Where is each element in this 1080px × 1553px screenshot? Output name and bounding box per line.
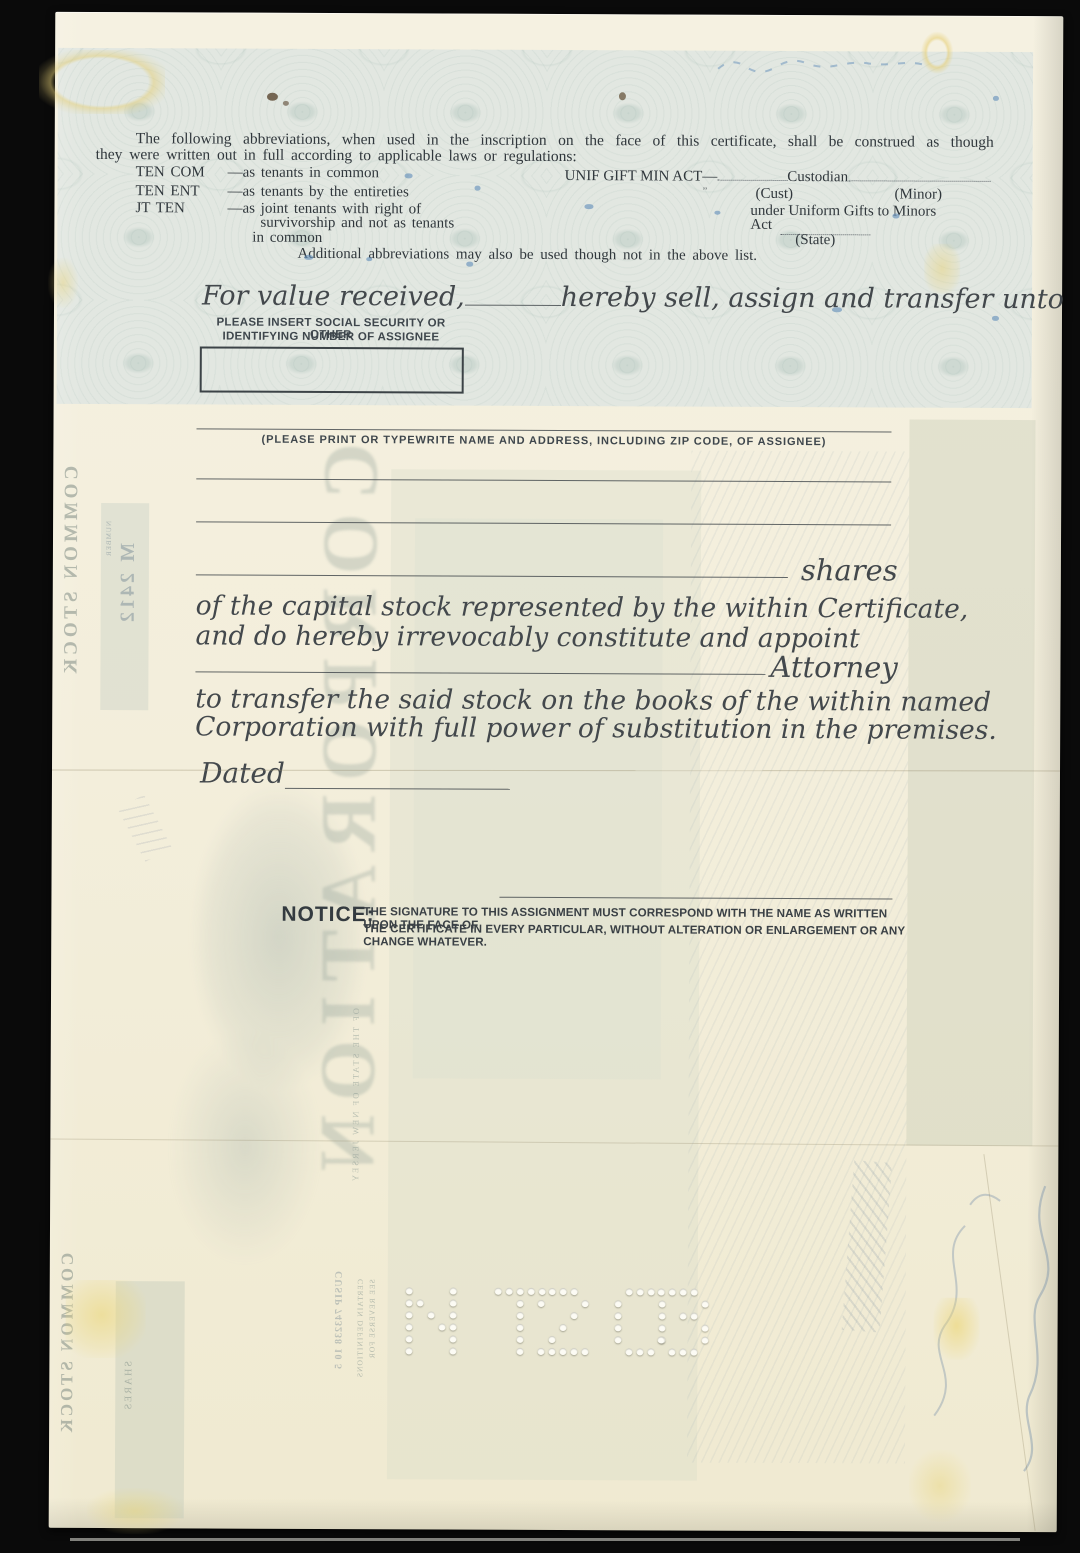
ink-fleck: [993, 96, 999, 101]
abbrev-ten-ent: TEN ENT—as tenants by the entireties: [135, 183, 408, 201]
abbrev-ten-ent-term: TEN ENT: [135, 183, 227, 200]
ssn-entry-box: [200, 346, 464, 393]
notice-divider-line: [499, 897, 892, 900]
ghost-see-reverse-line1: SEE REVERSE FOR: [367, 1279, 377, 1439]
stain: [65, 1280, 145, 1358]
gift-cust-label: (Cust): [755, 186, 793, 203]
gift-state-label: (State): [795, 232, 835, 249]
ink-fleck: [992, 316, 999, 321]
ghost-cusip-line: CUSIP 743238 10 5: [333, 1271, 345, 1476]
dotted-leader: [717, 167, 787, 181]
abbrev-ten-com-term: TEN COM: [136, 164, 228, 181]
assignee-line-2: [196, 478, 891, 482]
ink-fleck: [466, 262, 473, 267]
ghost-right-border-band: [906, 420, 1035, 1147]
dated-label: Dated: [200, 756, 285, 789]
attorney-word: Attorney: [770, 650, 897, 685]
ink-fleck: [892, 213, 899, 218]
ghost-handwriting: [844, 1165, 1080, 1496]
transfer-books-line2: Corporation with full power of substitut…: [195, 711, 997, 745]
stain: [933, 1298, 979, 1360]
notice-text-line2: THE CERTIFICATE IN EVERY PARTICULAR, WIT…: [363, 922, 908, 950]
stain: [909, 1450, 971, 1522]
ghost-state-line: OF THE STATE OF NEW JERSEY: [350, 1008, 361, 1338]
abbreviations-additional: Additional abbreviations may also be use…: [164, 245, 890, 265]
dotted-leader: [848, 167, 991, 181]
shares-word: shares: [801, 553, 898, 587]
ghost-shares-box: SHARES: [115, 1281, 185, 1518]
ghost-hatch-marks: [842, 1160, 892, 1332]
ghost-number-label: NUMBER: [105, 521, 113, 581]
certificate-back-paper: COMMON STOCK NUMBER M 2412 COMMON STOCK …: [49, 12, 1064, 1532]
appoint-line: and do hereby irrevocably constitute and…: [196, 620, 860, 654]
abbrev-ten-com-def: —as tenants in common: [228, 165, 379, 182]
for-value-received-text: For value received,: [202, 280, 465, 312]
pencil-mark: [118, 795, 172, 862]
ditto-mark: ”: [703, 186, 708, 198]
ink-fleck: [475, 186, 481, 191]
notice-label: NOTICE:: [281, 903, 374, 927]
sell-assign-transfer-text: hereby sell, assign and transfer unto: [561, 282, 1064, 315]
capital-stock-line: of the capital stock represented by the …: [196, 590, 969, 624]
ssn-instruction-line2: IDENTIFYING NUMBER OF ASSIGNEE: [200, 330, 462, 343]
ink-fleck: [304, 255, 313, 260]
scanner-edge-sliver: [70, 1538, 1020, 1541]
scan-background: COMMON STOCK NUMBER M 2412 COMMON STOCK …: [0, 0, 1080, 1553]
attorney-blank-line: [195, 671, 765, 674]
ink-fleck: [405, 173, 413, 178]
crease-line-corner-fold: [983, 1154, 1035, 1531]
gift-minor-label: (Minor): [894, 186, 942, 203]
ink-fleck: [366, 257, 372, 261]
crease-line: [50, 1138, 1058, 1146]
gift-act-label: UNIF GIFT MIN ACT—: [565, 168, 718, 186]
ghost-common-stock-bottom: COMMON STOCK: [57, 1253, 78, 1439]
assignee-name-blank-line: [465, 287, 561, 306]
for-value-row: For value received, hereby sell, assign …: [202, 280, 894, 314]
ghost-number-box: NUMBER M 2412: [100, 503, 149, 710]
print-typewrite-caption: (PLEASE PRINT OR TYPEWRITE NAME AND ADDR…: [196, 433, 891, 448]
ghost-number-value: M 2412: [116, 543, 140, 693]
ghost-shares-label: SHARES: [123, 1361, 134, 1451]
assignee-line-1: [196, 428, 891, 432]
stain: [87, 1488, 183, 1534]
abbrev-ten-ent-def: —as tenants by the entireties: [227, 184, 408, 201]
gift-act-row: UNIF GIFT MIN ACT— Custodian: [565, 166, 991, 187]
shares-blank-line: [196, 574, 788, 578]
abbrev-ten-com: TEN COM—as tenants in common: [136, 164, 379, 182]
ink-fleck: [832, 307, 842, 312]
abbrev-jt-ten-def3: in common: [252, 230, 322, 247]
dated-blank-line: [285, 788, 510, 790]
gift-under-label: under Uniform Gifts to Minors: [750, 203, 936, 221]
abbrev-jt-ten-term: JT TEN: [135, 200, 227, 217]
assignee-line-3: [196, 521, 891, 525]
ink-fleck: [714, 211, 720, 215]
gift-act-word: Act: [750, 217, 772, 234]
gift-custodian-label: Custodian: [787, 169, 848, 186]
ghost-see-reverse-line2: CERTAIN DEFINITIONS: [355, 1279, 365, 1439]
ink-fleck: [584, 204, 593, 209]
ghost-common-stock-top: COMMON STOCK: [60, 466, 83, 730]
ghost-vignette-figure: [130, 768, 387, 1294]
